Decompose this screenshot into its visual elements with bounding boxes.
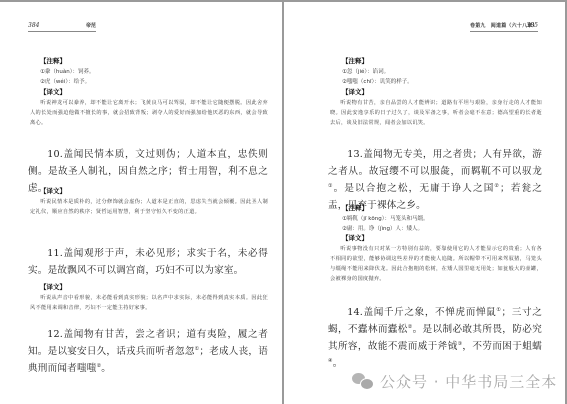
running-head: 卷第九 阅道篇（六十八章） 385 — [470, 22, 538, 32]
wechat-icon — [352, 372, 374, 390]
passage-text: 。 — [333, 358, 343, 369]
passage-text: 盖闻观形于声，未必见形；求实于名，未必得实。是故飘风不可以调宫商，巧妇不可以为家… — [28, 248, 268, 276]
translation-block: 【译文】 听说物有甘苦，亲自品尝的人才能辨识；道路有平坦与艰险，亲身行走的人才能… — [342, 87, 542, 128]
translation-text: 听说物有甘苦，亲自品尝的人才能辨识；道路有平坦与艰险，亲身行走的人才能知晓。因此… — [330, 98, 542, 128]
watermark: 公众号 · 中华书局三全本 — [352, 370, 557, 392]
passage-12: 12.盖闻物有甘苦，尝之者识；道有夷险，履之者知。是以宴安日久，话戎兵而听者忽忽… — [28, 326, 268, 377]
translation-heading: 【译文】 — [40, 186, 268, 197]
running-head-title: 帝范 — [86, 22, 96, 30]
translation-text: 听说神龙可以豢养，却不能让它离开水；飞黄良马可以驾驭，却不能让它随便摆脱。因此舍… — [30, 98, 268, 128]
translation-block: 【译文】 听说从声音中看形貌，未必能看到真实形貌；以名声中求实际，未必能得到真实… — [40, 282, 268, 313]
note-item: ①忽（jié）：谄词。 — [342, 67, 542, 77]
translation-block: 【译文】 听说事物没有只对某一方特别有益的，要靠使用它的人才能显示它的贵重；人有… — [342, 233, 542, 284]
passage-number: 11. — [47, 248, 63, 259]
notes-block: 【注释】 ①羁靰（jī kōng）：马笼头和马缰。 ②庸：用。诤（jìng）人：… — [342, 203, 542, 234]
note-item: ①羁靰（jī kōng）：马笼头和马缰。 — [342, 214, 542, 224]
passage-text: 。 — [101, 363, 111, 374]
note-item: ①豢（huàn）：饲养。 — [40, 67, 265, 77]
notes-block: 【注释】 ①豢（huàn）：饲养。 ②虎（wéi）：给予。 — [40, 56, 265, 87]
passage-14: 14.盖闻千斤之象，不惮虎而惮鼠①；三寸之蝎，不蠹林而蠹松②。是以制必敢其所畏，… — [328, 304, 542, 372]
left-page: 384 帝范 【注释】 ①豢（huàn）：饲养。 ②虎（wéi）：给予。 【译文… — [0, 0, 282, 404]
translation-heading: 【译文】 — [40, 87, 268, 98]
translation-block: 【译文】 听说民情本是质朴的，过分修饰就会虚伪；人道本是正直的，思虑失当就会倾覆… — [40, 186, 268, 217]
passage-number: 10. — [47, 149, 63, 160]
passage-text: ，不劳而困于蛆蠕 — [462, 341, 542, 352]
translation-heading: 【译文】 — [342, 87, 542, 98]
running-head: 384 帝范 — [28, 22, 96, 32]
passage-11: 11.盖闻观形于声，未必见形；求实于名，未必得实。是故飘风不可以调宫商，巧妇不可… — [28, 245, 268, 279]
translation-heading: 【译文】 — [40, 282, 268, 293]
translation-heading: 【译文】 — [342, 233, 542, 244]
notes-heading: 【注释】 — [342, 203, 542, 214]
translation-block: 【译文】 听说神龙可以豢养，却不能让它离开水；飞黄良马可以驾驭，却不能让它随便摆… — [40, 87, 268, 128]
notes-heading: 【注释】 — [342, 56, 542, 67]
passage-text: 盖闻千斤之象，不惮虎而惮鼠 — [363, 307, 496, 318]
note-item: ②嗤嗤（chī）：讥笑的样子。 — [342, 77, 542, 87]
right-page: 卷第九 阅道篇（六十八章） 385 【注释】 ①忽（jié）：谄词。 ②嗤嗤（c… — [284, 0, 565, 404]
watermark-text: 公众号 · 中华书局三全本 — [380, 371, 557, 392]
translation-text: 听说从声音中看形貌，未必能看到真实形貌；以名声中求实际，未必能得到真实本质。因此… — [30, 293, 268, 313]
translation-text: 听说事物没有只对某一方特别有益的，要靠使用它的人才能显示它的贵重；人有各不相同的… — [330, 244, 542, 284]
page-number: 385 — [527, 22, 538, 30]
note-item: ②虎（wéi）：给予。 — [40, 77, 265, 87]
passage-number: 13. — [347, 149, 363, 160]
translation-text: 听说民情本是质朴的，过分修饰就会虚伪；人道本是正直的，思虑失当就会倾覆。因此圣人… — [30, 197, 268, 217]
notes-heading: 【注释】 — [40, 56, 265, 67]
passage-number: 14. — [347, 307, 363, 318]
passage-text: 。是以合抱之松，无庸于诤人之国 — [334, 183, 495, 194]
notes-block: 【注释】 ①忽（jié）：谄词。 ②嗤嗤（chī）：讥笑的样子。 — [342, 56, 542, 87]
page-number: 384 — [28, 22, 39, 30]
passage-number: 12. — [47, 329, 63, 340]
